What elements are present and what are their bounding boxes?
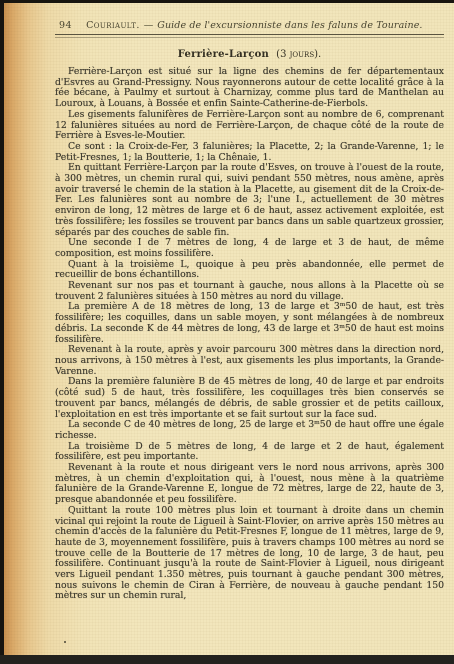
- paragraph: Quittant la route 100 mètres plus loin e…: [55, 506, 444, 602]
- ink-speck: [64, 641, 66, 643]
- header-separator: —: [144, 20, 154, 31]
- paragraph: Revenant à la route, après y avoir parco…: [55, 345, 444, 377]
- scanned-book-page: 94 Couriault. — Guide de l'excursionnist…: [0, 0, 454, 664]
- section-title: Ferrière-Larçon: [178, 49, 269, 60]
- scan-edge-bottom: [0, 655, 454, 664]
- paragraph: Une seconde I de 7 mètres de long, 4 de …: [55, 238, 444, 259]
- body-text: Ferrière-Larçon est situé sur la ligne d…: [55, 67, 444, 602]
- section-subtitle: (3 jours).: [276, 49, 321, 60]
- paragraph: Ce sont : la Croix-de-Fer, 3 falunières;…: [55, 142, 444, 163]
- page-number: 94: [59, 20, 72, 31]
- header-rule: [55, 34, 444, 38]
- section-heading: Ferrière-Larçon (3 jours).: [55, 49, 444, 60]
- paragraph: La seconde C de 40 mètres de long, 25 de…: [55, 420, 444, 441]
- paragraph: Dans la première falunière B de 45 mètre…: [55, 377, 444, 420]
- paragraph: En quittant Ferrière-Larçon par la route…: [55, 163, 444, 238]
- paragraph: Ferrière-Larçon est situé sur la ligne d…: [55, 67, 444, 110]
- running-head: 94 Couriault. — Guide de l'excursionnist…: [55, 20, 444, 31]
- paragraph: Les gisements falunifères de Ferrière-La…: [55, 110, 444, 142]
- paragraph: Quant à la troisième L, quoique à peu pr…: [55, 260, 444, 281]
- paragraph: La troisième D de 5 mètres de long, 4 de…: [55, 442, 444, 463]
- book-title: Guide de l'excursionniste dans les falun…: [157, 20, 422, 31]
- paragraph: Revenant à la route et nous dirigeant ve…: [55, 463, 444, 506]
- paragraph: La première A de 18 mètres de long, 13 d…: [55, 302, 444, 345]
- page-paper: 94 Couriault. — Guide de l'excursionnist…: [4, 3, 454, 655]
- paragraph: Revenant sur nos pas et tournant à gauch…: [55, 281, 444, 302]
- author-name: Couriault.: [86, 20, 140, 31]
